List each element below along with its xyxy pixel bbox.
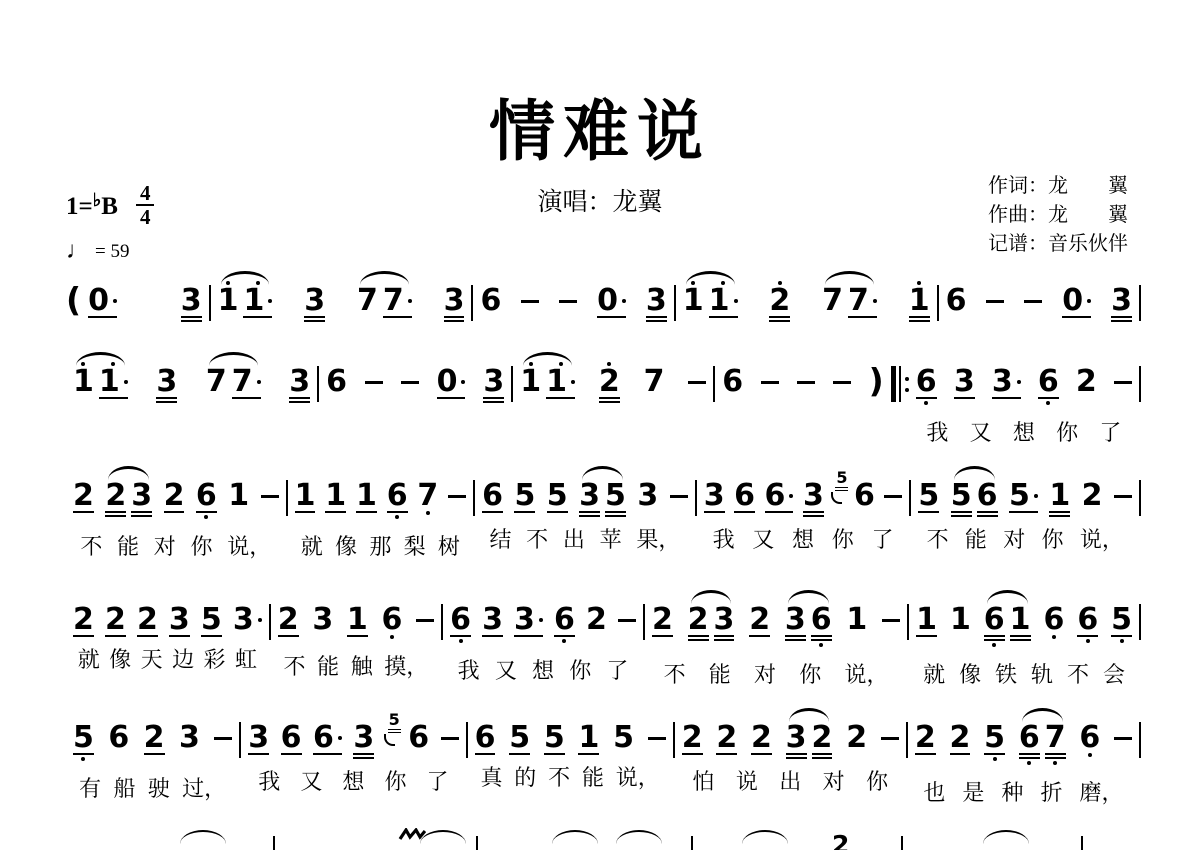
beam-line [281,753,302,755]
digit: 6 [475,724,496,751]
note-digit: 2 [105,482,126,509]
measure-notes: 603 [946,278,1132,322]
note-digit: 1 [578,724,599,751]
meter-numerator: 4 [136,182,155,206]
slur-group: 23 [688,597,735,641]
sheet-music-page: { "header": { "title": "情难说", "subtitle"… [0,0,1200,850]
lyric-syllable: 你 [799,661,821,689]
beam-line [304,316,325,318]
note-digit: 2 [751,724,772,751]
augmentation-dot [257,380,261,384]
note-digit: 5 [514,482,535,509]
low-octave-dot [426,511,430,515]
beam-line [514,635,543,637]
note-digit: 2 [1082,482,1103,509]
underline-beams [482,635,503,637]
measure-notes: 11167 [295,473,467,524]
note: 2 [105,597,126,637]
digit: 7 [822,287,843,314]
note: 6 [482,473,503,513]
note-digit: 0 [1062,287,1091,314]
note: 2 [682,715,703,755]
lyric-syllable: 就 [301,533,323,561]
lyric-syllable: 你 [384,768,406,796]
beam-line [785,639,806,641]
beam-line [1010,635,1031,637]
beam-line [88,316,117,318]
lyric-syllable: 了 [872,526,894,554]
low-octave-dot-area [204,515,208,524]
beam-line [1038,397,1059,399]
repeat-start-sign [891,366,909,402]
note: 0 [597,278,626,318]
note-digit: 1 [218,287,239,314]
digit: 1 [73,368,94,395]
lyric-syllable: 梨 [404,533,426,561]
measure: 65515真的不能说， [468,715,673,792]
underline-beams [281,753,302,755]
augmentation-dot [338,736,342,740]
underline-beams [749,635,770,637]
augmentation-dot [408,299,412,303]
underline-beams [811,635,832,641]
measure: 225676也是种折磨， [908,715,1139,807]
slur-group: 77 [206,359,261,399]
duration-dash [884,495,902,498]
underline-beams [73,511,94,513]
measure: 222322怕说出对你 [675,715,906,796]
note-digit: 6 [281,724,302,751]
note-digit: 5 [547,482,568,509]
note-digit: 0 [437,368,466,395]
note-digit: 2 [599,368,620,395]
beam-line [554,635,575,637]
beam-line [1009,511,1038,513]
digit: 1 [520,368,541,395]
note: 1 [578,715,599,755]
key-prefix: 1= [66,193,93,221]
beam-line [131,515,152,517]
measure-notes: 366356 [704,473,903,517]
underline-beams [73,635,94,637]
barline [1081,836,1083,850]
beam-line [483,397,504,399]
note-digit: 5 [613,724,634,751]
note-digit: 1 [295,482,316,509]
underline-beams [482,511,503,513]
lyric-syllable: 就 [78,646,100,674]
beam-line [749,635,770,637]
beam-line [347,635,368,637]
digit: 6 [387,482,408,509]
digit: 6 [1077,606,1098,633]
underline-beams [509,753,530,755]
underline-beams [848,316,877,318]
high-octave-dot [256,281,260,285]
lyric-syllable: 说， [227,533,271,561]
lyric-syllable: 想 [1013,419,1035,447]
note: 1 [909,278,930,322]
lyric-syllable: 了 [1099,419,1121,447]
beam-line [803,515,824,517]
low-octave-dot [390,635,394,639]
measure: 1161665就像铁轨不会 [909,597,1139,689]
beam-line [714,639,735,641]
measure-lyrics: 有船驶过， [73,775,232,803]
underline-beams [105,511,126,517]
low-octave-dot-area [81,757,85,766]
digit: 3 [444,287,465,314]
digit: 5 [73,724,94,751]
beam-line [984,635,1005,637]
digit: 3 [785,606,806,633]
beam-line [201,635,222,637]
note-digit: 2 [278,606,299,633]
beam-line [295,511,316,513]
note-digit: 6 [722,368,743,395]
low-octave-dot-area [1053,761,1057,770]
digit: 0 [597,287,618,314]
underline-beams [688,635,709,641]
duration-dash [261,495,279,498]
slur-group: 11 [73,359,128,399]
note: 1 [950,597,971,633]
measure-notes: 222322 [682,715,899,759]
digit: 2 [105,482,126,509]
note-digit: 1 [243,287,272,314]
note-digit: 5 [1009,482,1038,509]
underline-beams [278,635,299,637]
lyric-syllable: 是 [962,779,984,807]
quarter-note-icon: ♩ [66,238,90,265]
underline-beams [289,397,310,403]
note: 3 [704,473,725,513]
barline [691,836,693,850]
digit: 6 [984,606,1005,633]
digit: 2 [1076,368,1097,395]
note: 3 [131,473,152,517]
note-digit: 6 [977,482,998,509]
digit: 3 [353,724,374,751]
beam-line [181,320,202,322]
note-digit: 5 [984,724,1005,751]
note-digit: 3 [704,482,725,509]
note: 3 [248,715,269,755]
digit: 1 [347,606,368,633]
note-digit: 3 [714,606,735,633]
beam-line [951,515,972,517]
note: 3 [579,473,600,517]
beam-line [786,757,807,759]
digit: 3 [483,368,504,395]
beam-line [909,320,930,322]
note-digit: 6 [765,482,794,509]
underline-beams [544,753,565,755]
note: 6 [1019,715,1040,770]
digit: 1 [1010,606,1031,633]
lyric-syllable: 过， [182,775,226,803]
note-digit: 0 [597,287,626,314]
digit: 3 [304,287,325,314]
measure-lyrics: 就像天边彩虹 [73,646,262,674]
lyric-syllable: 对 [154,533,176,561]
note: 2 [144,715,165,755]
beam-line [243,316,272,318]
note-digit: 6 [450,606,471,633]
digit: 2 [137,606,158,633]
measure-notes: 113773 [218,278,465,322]
note: 2 [599,359,620,403]
underline-beams [1111,635,1132,637]
note-digit: 3 [1111,287,1132,314]
note: 2 [846,715,867,751]
note-digit: 0 [88,287,117,314]
duration-dash [448,495,466,498]
beam-line [579,515,600,517]
digit: 6 [326,368,347,395]
note: 6 [811,597,832,652]
lyric-syllable: 虹 [235,646,257,674]
time-signature: 4 4 [136,182,155,228]
underline-beams [356,511,377,513]
high-octave-dot [721,281,725,285]
lyric-syllable: 船 [113,775,135,803]
measure: 1127 [513,359,713,403]
underline-beams [812,753,833,759]
note: 1 [683,278,704,318]
underline-beams [156,397,177,403]
note: 3 [785,597,806,652]
note-digit: 1 [846,606,867,633]
note: 6 [382,597,403,644]
note-digit: 6 [482,482,503,509]
underline-beams [131,511,152,517]
lyric-syllable: 像 [109,646,131,674]
grace-beam [835,487,848,489]
underline-beams [597,316,626,318]
beam-line [716,753,737,755]
note-digit: 3 [483,368,504,395]
low-octave-dot-area [924,401,928,410]
lyric-syllable: 又 [970,419,992,447]
lyric-syllable: 能 [317,653,339,681]
meter-denominator: 4 [140,206,151,228]
underline-beams [144,753,165,755]
digit: 1 [683,287,704,314]
low-octave-dot [993,757,997,761]
measure: 113773 [211,278,472,322]
beam-line [977,511,998,513]
beam-line [482,511,503,513]
slur-group: 36 [785,597,832,652]
beam-line [1045,757,1066,759]
low-octave-dot-area [562,639,566,648]
measure-notes: 2232361 [652,597,900,652]
lyric-syllable: 真 [480,764,502,792]
measure-lyrics: 不能对你说， [918,526,1132,554]
measure: 366356我又想你了 [697,473,910,554]
beam-line [475,753,496,755]
beam-line [353,753,374,755]
note: 1 [709,278,738,318]
beam-line [196,511,217,513]
slur-arc-icon [616,830,662,844]
note-digit: 7 [848,287,877,314]
slur-arc-icon [742,830,788,844]
digit: 2 [846,724,867,751]
lyric-syllable: 摸， [384,653,428,681]
low-octave-dot-area [1027,761,1031,770]
note: 6 [1043,597,1064,644]
slur-group: 11 [218,278,273,318]
note: 5 [613,715,634,751]
measure-lyrics: 我又想你了 [450,657,636,685]
underline-beams [181,316,202,322]
score: (0311377360311277160311377360311276)6336… [66,278,1141,807]
note: 2 [688,597,709,641]
lyric-syllable: 怕 [692,768,714,796]
note-digit: 1 [356,482,377,509]
lyric-syllable: 有 [79,775,101,803]
underline-beams [1062,316,1091,318]
digit: 3 [312,606,333,633]
note-digit: 1 [916,606,937,633]
duration-dash [1114,495,1132,498]
digit: 2 [769,287,790,314]
digit: 3 [289,368,310,395]
lyric-syllable: 能 [582,764,604,792]
digit: 3 [156,368,177,395]
note-digit: 7 [383,287,412,314]
lyric-syllable: 会 [1103,661,1125,689]
measure-lyrics: 就像那梨树 [295,533,467,561]
measure-lyrics: 我又想你了 [704,526,903,554]
lyric-syllable: 说， [844,661,888,689]
underline-beams [599,397,620,403]
lyric-syllable: 出 [779,768,801,796]
beam-line [1111,635,1132,637]
digit: 2 [599,368,620,395]
note-digit: 3 [514,606,543,633]
note-digit: 6 [108,724,129,751]
note: 6 [916,359,937,410]
underline-beams [646,316,667,322]
measure: 556512不能对你说， [911,473,1139,554]
note-digit: 6 [408,724,429,751]
note: 7 [822,278,843,318]
digit: 3 [714,606,735,633]
note-digit: 6 [196,482,217,509]
note: 6 [480,278,501,314]
digit: 3 [992,368,1013,395]
note-digit: 2 [682,724,703,751]
duration-dash [648,737,666,740]
note: 2 [769,278,790,322]
lyric-syllable: 想 [792,526,814,554]
beam-line [1111,316,1132,318]
note-digit: 2 [137,606,158,633]
beam-line [437,397,466,399]
score-line: (03113773603112771603 [66,278,1141,322]
note-digit: 5 [201,606,222,633]
digit: 5 [509,724,530,751]
underline-beams [137,635,158,637]
measure-lyrics: 我又想你了 [916,419,1132,447]
underline-beams [786,753,807,759]
beam-line [785,635,806,637]
digit: 0 [1062,287,1083,314]
note-digit: 6 [313,724,342,751]
underline-beams [295,511,316,513]
digit: 5 [951,482,972,509]
high-octave-dot [81,362,85,366]
beam-line [450,635,471,637]
duration-dash [441,737,459,740]
note: 2 [1082,473,1103,509]
beam-line [954,397,975,399]
close-paren: ) [869,364,884,397]
underline-beams [196,511,217,513]
digit: 6 [916,368,937,395]
slur-arc-icon [180,830,226,844]
low-octave-dot-area [1052,635,1056,644]
low-octave-dot-area [1120,639,1124,648]
beam-line [811,639,832,641]
digit: 3 [803,482,824,509]
slur-group: 11 [520,359,575,399]
beam-line [984,639,1005,641]
note-digit: 3 [312,606,333,633]
note: 1 [916,597,937,637]
underline-beams [73,753,94,755]
beam-line [353,757,374,759]
lyric-syllable: 说， [1080,526,1124,554]
barline [901,836,903,850]
digit: 1 [916,606,937,633]
measure: 222353就像天边彩虹 [66,597,269,674]
beam-line [688,635,709,637]
beam-line [599,397,620,399]
note-digit: 3 [954,368,975,395]
beam-line [483,401,504,403]
note: 3 [514,597,543,637]
underline-beams [437,397,466,399]
underline-beams [916,397,937,399]
grace-digit: 5 [389,713,400,727]
note-digit: 7 [1045,724,1066,751]
note-digit: 3 [803,482,824,509]
digit: 7 [644,368,665,395]
note: 7 [848,278,877,318]
measure: 03 [81,278,209,322]
low-octave-dot [1053,761,1057,765]
beam-line [909,316,930,318]
beam-line [916,397,937,399]
note-digit: 3 [156,368,177,395]
note-digit: 7 [206,368,227,395]
underline-beams [714,635,735,641]
note-digit: 1 [709,287,738,314]
measure-notes: 63362 [916,359,1132,410]
note: 3 [444,278,465,322]
beam-line [325,511,346,513]
measure: 603 [939,278,1139,322]
digit: 6 [734,482,755,509]
note-digit: 6 [811,606,832,633]
beam-line [144,753,165,755]
barline [1139,604,1141,640]
beam-line [918,511,939,513]
